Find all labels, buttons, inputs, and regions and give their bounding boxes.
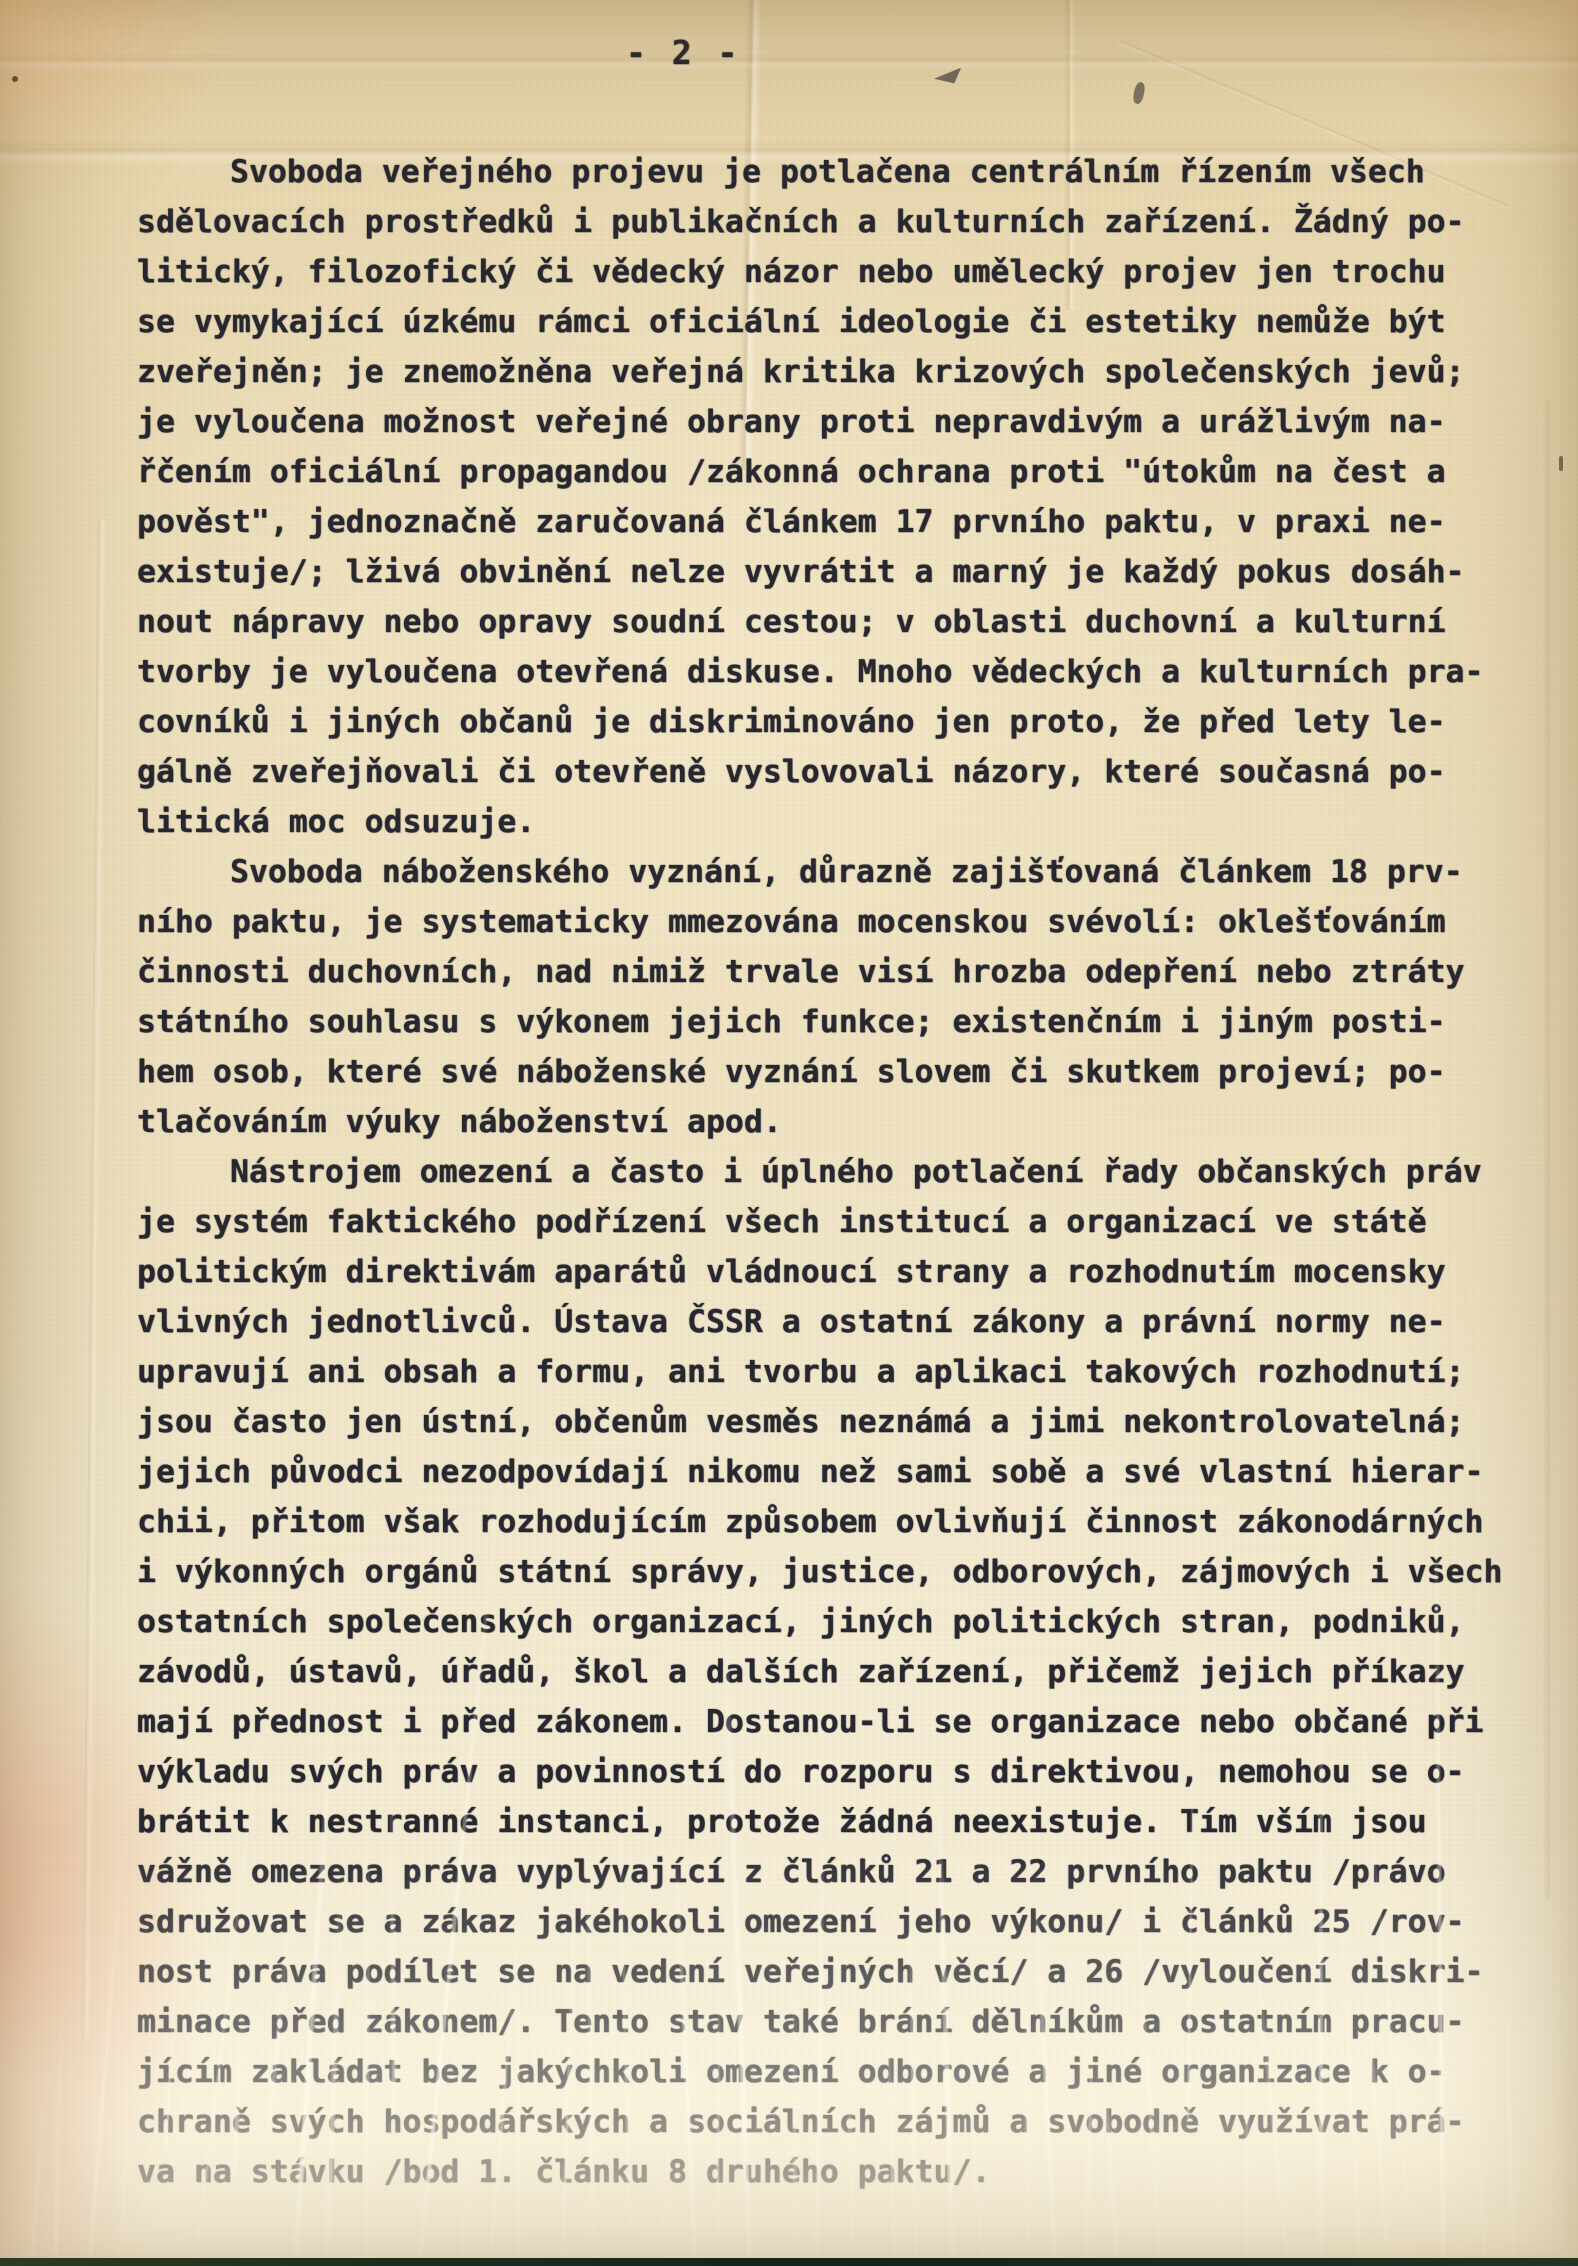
text-line: upravují ani obsah a formu, ani tvorbu a… [137,1347,1527,1397]
text-line: i výkonných orgánů státní správy, justic… [137,1547,1527,1597]
text-line: politickým direktivám aparátů vládnoucí … [137,1247,1527,1297]
text-line: Svoboda náboženského vyznání, důrazně za… [137,847,1527,897]
text-line: chraně svých hospodářských a sociálních … [137,2097,1527,2147]
text-line: Svoboda veřejného projevu je potlačena c… [137,147,1527,197]
text-line: ostatních společenských organizací, jiný… [137,1597,1527,1647]
light-streak [30,2079,47,2259]
light-streak [119,2095,129,2258]
text-line: nost práva podílet se na vedení veřejnýc… [137,1947,1527,1997]
paper-fold [82,520,107,2040]
text-line: se vymykající úzkému rámci oficiální ide… [137,297,1527,347]
ink-smudge [1132,81,1146,105]
text-line: jejich původci nezodpovídají nikomu než … [137,1447,1527,1497]
text-line: vlivných jednotlivců. Ústava ČSSR a osta… [137,1297,1527,1347]
text-line: sdělovacích prostředků i publikačních a … [137,197,1527,247]
text-line: řčením oficiální propagandou /zákonná oc… [137,447,1527,497]
light-streak [88,1830,126,2258]
paragraph-religious-freedom: Svoboda náboženského vyznání, důrazně za… [137,847,1527,1147]
text-line: pověst", jednoznačně zaručovaná článkem … [137,497,1527,547]
text-line: ního paktu, je systematicky mmezována mo… [137,897,1527,947]
page-number: - 2 - [626,33,740,72]
text-line: sdružovat se a zákaz jakéhokoli omezení … [137,1897,1527,1947]
text-line: litický, filozofický či vědecký názor ne… [137,247,1527,297]
text-line: je vyloučena možnost veřejné obrany prot… [137,397,1527,447]
document-body-text: Svoboda veřejného projevu je potlačena c… [137,147,1527,2197]
text-line: mají přednost i před zákonem. Dostanou-l… [137,1697,1527,1747]
document-page: - 2 - Svoboda veřejného projevu je potla… [0,0,1578,2266]
paragraph-free-speech: Svoboda veřejného projevu je potlačena c… [137,147,1527,847]
text-line: činnosti duchovních, nad nimiž trvale vi… [137,947,1527,997]
text-line: brátit k nestranné instanci, protože žád… [137,1797,1527,1847]
text-line: jícím zakládat bez jakýchkoli omezení od… [137,2047,1527,2097]
text-line: zveřejněn; je znemožněna veřejná kritika… [137,347,1527,397]
ink-speck [12,76,18,82]
scan-edge-strip [0,2258,1578,2266]
text-line: va na stávku /bod 1. článku 8 druhého pa… [137,2147,1527,2197]
text-line: tvorby je vyloučena otevřená diskuse. Mn… [137,647,1527,697]
text-line: existuje/; lživá obvinění nelze vyvrátit… [137,547,1527,597]
text-line: covníků i jiných občanů je diskriminován… [137,697,1527,747]
text-line: jsou často jen ústní, občenům vesměs nez… [137,1397,1527,1447]
text-line: Nástrojem omezení a často i úplného potl… [137,1147,1527,1197]
text-line: vážně omezena práva vyplývající z článků… [137,1847,1527,1897]
text-line: gálně zveřejňovali či otevřeně vyslovova… [137,747,1527,797]
text-line: litická moc odsuzuje. [137,797,1527,847]
text-line: nout nápravy nebo opravy soudní cestou; … [137,597,1527,647]
text-line: výkladu svých práv a povinností do rozpo… [137,1747,1527,1797]
text-line: hem osob, které své náboženské vyznání s… [137,1047,1527,1097]
paper-edge-shadow [1543,400,1550,1900]
text-line: závodů, ústavů, úřadů, škol a dalších za… [137,1647,1527,1697]
text-line: minace před zákonem/. Tento stav také br… [137,1997,1527,2047]
ink-speck [1559,456,1563,471]
text-line: státního souhlasu s výkonem jejich funkc… [137,997,1527,1047]
ink-smudge [933,68,962,86]
text-line: chii, přitom však rozhodujícím způsobem … [137,1497,1527,1547]
text-line: tlačováním výuky náboženství apod. [137,1097,1527,1147]
light-streak [53,2009,63,2258]
paper-crease [0,52,1578,72]
text-line: je systém faktického podřízení všech ins… [137,1197,1527,1247]
paragraph-civil-rights: Nástrojem omezení a často i úplného potl… [137,1147,1527,2197]
